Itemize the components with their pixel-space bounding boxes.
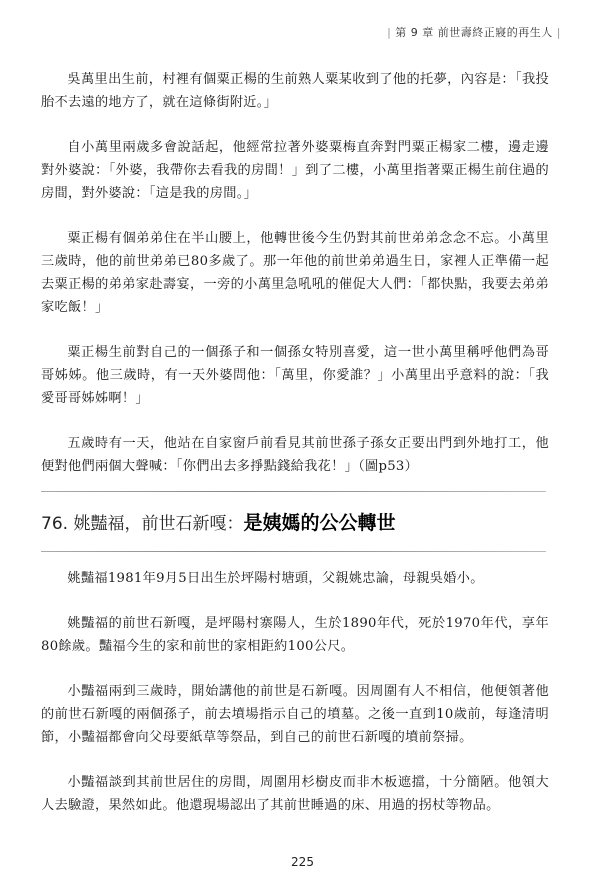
section-divider-bottom <box>41 551 546 552</box>
section-a-body: 吳萬里出生前，村裡有個粟正楊的生前熟人粟某收到了他的托夢，內容是：「我投胎不去遠… <box>41 68 549 500</box>
header-divider-right: | <box>557 26 561 39</box>
paragraph: 粟正楊有個弟弟住在半山腰上，他轉世後今生仍對其前世弟弟念念不忘。小萬里三歲時，他… <box>41 227 549 319</box>
paragraph: 粟正楊生前對自己的一個孫子和一個孫女特別喜愛，這一世小萬里稱呼他們為哥哥姊姊。他… <box>41 341 549 410</box>
section-heading-prefix: 76. 姚豔福，前世石新嘎： <box>41 509 243 534</box>
paragraph: 姚豔福的前世石新嘎，是坪陽村寨陽人，生於1890年代，死於1970年代，享年80… <box>41 612 549 658</box>
paragraph: 小豔福兩到三歲時，開始講他的前世是石新嘎。因周圍有人不相信，他便領著他的前世石新… <box>41 680 549 749</box>
section-heading: 76. 姚豔福，前世石新嘎：是姨媽的公公轉世 <box>41 508 395 535</box>
running-header: |第 9 章 前世壽終正寢的再生人| <box>383 24 565 40</box>
paragraph: 五歲時有一天，他站在自家窗戶前看見其前世孫子孫女正要出門到外地打工，他便對他們兩… <box>41 432 549 478</box>
section-b-body: 姚豔福1981年9月5日出生於坪陽村塘頭，父親姚忠論，母親吳婚小。 姚豔福的前世… <box>41 567 549 839</box>
section-divider-top <box>41 491 546 492</box>
section-heading-title: 是姨媽的公公轉世 <box>243 508 395 535</box>
chapter-title: 第 9 章 前世壽終正寢的再生人 <box>395 26 553 39</box>
paragraph: 姚豔福1981年9月5日出生於坪陽村塘頭，父親姚忠論，母親吳婚小。 <box>41 567 549 590</box>
paragraph: 自小萬里兩歲多會說話起，他經常拉著外婆粟梅直奔對門粟正楊家二樓，邊走邊對外婆說：… <box>41 136 549 205</box>
paragraph: 吳萬里出生前，村裡有個粟正楊的生前熟人粟某收到了他的托夢，內容是：「我投胎不去遠… <box>41 68 549 114</box>
paragraph: 小豔福談到其前世居住的房間，周圍用杉樹皮而非木板遮擋，十分簡陋。他領大人去驗證，… <box>41 771 549 817</box>
header-divider-left: | <box>387 26 391 39</box>
page-number: 225 <box>0 855 605 869</box>
